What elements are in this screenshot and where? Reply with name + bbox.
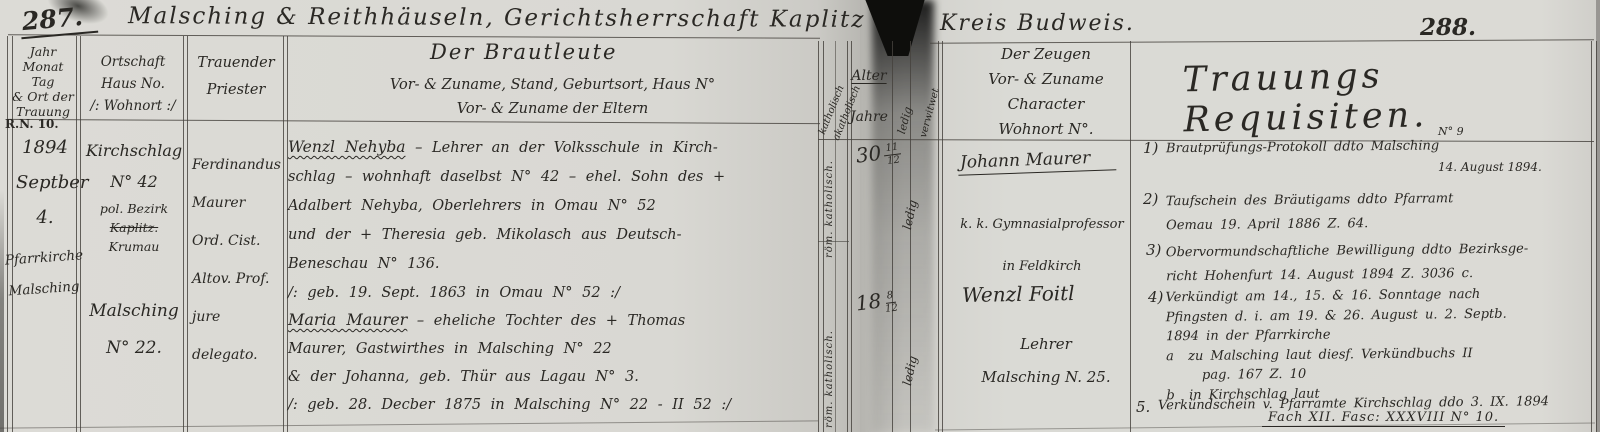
column-divider — [283, 36, 284, 432]
groom-name: Wenzl Nehyba — [288, 138, 406, 156]
header-couple-title: Der Brautleute — [430, 40, 617, 64]
district-label: pol. Bezirk — [100, 201, 168, 216]
column-divider — [76, 36, 77, 432]
witness2-details: Lehrer Malsching N. 25. — [944, 328, 1148, 394]
register-title: Malsching & Reithhäuseln, Gerichtsherrsc… — [128, 3, 866, 33]
header-age-column: Alter Jahre — [846, 56, 892, 138]
column-divider — [7, 36, 8, 432]
groom-residence: Kirchschlag N° 42 — [84, 135, 184, 197]
header-date-column: Jahr Monat Tag & Ort der Trauung — [12, 44, 74, 119]
requisite-1-number: 1) — [1143, 139, 1158, 157]
header-age-line2: Jahre — [850, 109, 888, 125]
requisite-4-number: 4) — [1148, 288, 1163, 306]
column-divider — [183, 36, 184, 432]
groom-age-years: 30 — [855, 143, 883, 166]
requisite-5-number: 5. — [1136, 398, 1150, 416]
requisite-3-text: Obervormundschaftliche Bewilligung ddto … — [1166, 237, 1598, 290]
district-current: Krumau — [109, 239, 160, 254]
requisite-3-number: 3) — [1146, 241, 1161, 259]
requisite-1-superscript: N° 9 — [1438, 125, 1464, 138]
bride-age-years: 18 — [855, 291, 883, 314]
bride-religion: röm. katholisch. — [824, 330, 835, 428]
record-number: R.N. 10. — [5, 117, 59, 131]
political-district: pol. Bezirk Kaplitz. Krumau — [86, 199, 182, 256]
header-witnesses-column: Der Zeugen Vor- & Zuname Character Wohno… — [948, 42, 1144, 142]
requisite-2-number: 2) — [1143, 190, 1158, 208]
page-number-right: 288. — [1420, 14, 1476, 41]
groom-details: – Lehrer an der Volksschule in Kirch- sc… — [288, 140, 725, 301]
groom-age-fraction: 1112 — [883, 141, 903, 167]
header-age-line1: Alter — [851, 68, 886, 84]
officiating-priest: Ferdinandus Maurer Ord. Cist. Altov. Pro… — [192, 146, 282, 374]
district-struck-out: Kaplitz. — [110, 220, 158, 235]
column-divider — [80, 36, 81, 432]
bride-entry: Maria Maurer – eheliche Tochter des + Th… — [288, 306, 820, 419]
groom-entry: Wenzl Nehyba – Lehrer an der Volksschule… — [288, 133, 820, 308]
bride-age-fraction: 812 — [883, 290, 899, 315]
requisite-2-text: Taufschein des Bräutigams ddto Pfarramt … — [1166, 186, 1598, 239]
requisite-5-archive-reference: Fach XII. Fasc: XXXVIII N° 10. — [1262, 410, 1505, 427]
kreis-title: Kreis Budweis. — [940, 11, 1135, 36]
header-place-column: Ortschaft Haus No. /: Wohnort :/ — [86, 51, 180, 117]
bride-name: Maria Maurer — [288, 310, 407, 329]
page-number-left: 287. — [19, 1, 98, 40]
column-divider — [187, 36, 188, 432]
header-priest-column: Trauender Priester — [192, 50, 280, 104]
witness2-name: Wenzl Foitl — [962, 281, 1075, 307]
bride-residence: Malsching N° 22. — [82, 293, 186, 367]
groom-religion: röm. katholisch. — [824, 160, 835, 258]
marriage-register-scan: 287. Malsching & Reithhäuseln, Gerichtsh… — [0, 0, 1600, 432]
requisite-1-date: 14. August 1894. — [1438, 160, 1542, 174]
marriage-church: Pfarrkirche Malsching — [4, 240, 82, 307]
marriage-date: 1894 Septber 4. — [16, 130, 74, 235]
column-divider — [892, 41, 893, 432]
scan-left-edge — [0, 190, 4, 432]
header-requisites-column: Trauungs Requisiten. — [1182, 52, 1600, 141]
bride-age: 18 812 — [855, 289, 899, 319]
header-couple-subtitle: Vor- & Zuname, Stand, Geburtsort, Haus N… — [295, 73, 810, 121]
requisite-4-text: Verkündigt am 14., 15. & 16. Sonntage na… — [1165, 284, 1598, 406]
witness1-details: k. k. Gymnasialprofessor in Feldkirch — [944, 204, 1140, 288]
